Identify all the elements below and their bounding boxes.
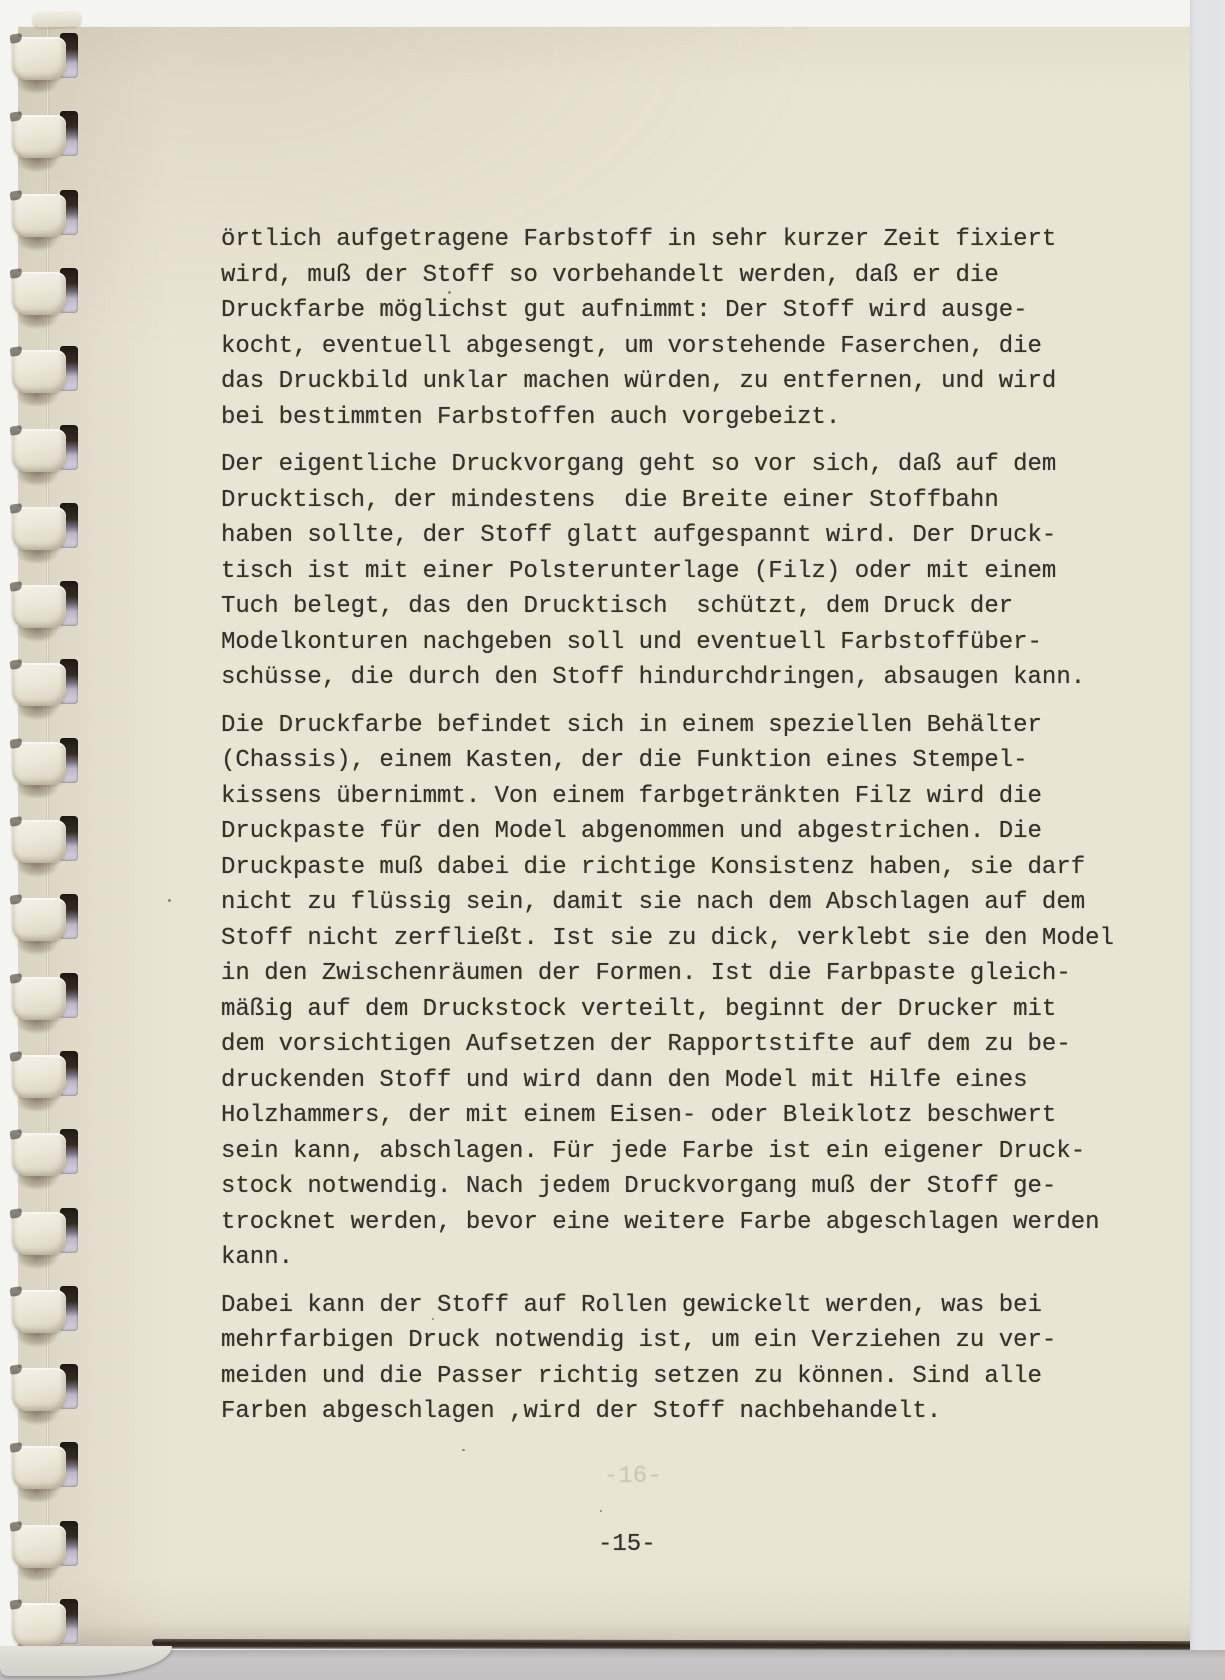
binding-ring — [8, 581, 84, 653]
paragraph: örtlich aufgetragene Farbstoff in sehr k… — [221, 222, 1114, 435]
binding-tooth — [12, 429, 66, 472]
paragraph: Dabei kann der Stoff auf Rollen gewickel… — [221, 1288, 1114, 1430]
binding-ring — [8, 973, 84, 1045]
dust-speck — [600, 1510, 602, 1512]
binding-tooth — [12, 585, 66, 628]
scan-background-right — [1190, 0, 1225, 1680]
dust-speck — [448, 291, 451, 294]
binding-ring — [8, 659, 84, 731]
dust-speck — [432, 1318, 434, 1320]
binding-tooth — [12, 115, 66, 158]
paragraph: Die Druckfarbe befindet sich in einem sp… — [221, 708, 1114, 1276]
comb-binding — [0, 0, 100, 1680]
binding-tooth — [12, 350, 66, 393]
page-number: -15- — [598, 1527, 656, 1563]
binding-ring — [8, 111, 84, 183]
binding-ring — [8, 33, 84, 105]
binding-tooth — [12, 1446, 66, 1489]
binding-tooth — [12, 1368, 66, 1411]
binding-ring — [8, 894, 84, 966]
page-text: örtlich aufgetragene Farbstoff in sehr k… — [221, 222, 1114, 1442]
binding-ring — [8, 346, 84, 418]
binding-tooth — [12, 663, 66, 706]
binding-ring — [8, 1208, 84, 1280]
paragraph: Der eigentliche Druckvorgang geht so vor… — [221, 447, 1114, 696]
binding-ring — [8, 1051, 84, 1123]
ghost-page-number: -16- — [604, 1459, 662, 1495]
scanned-document-page: örtlich aufgetragene Farbstoff in sehr k… — [0, 0, 1225, 1680]
binding-ring — [8, 425, 84, 497]
binding-tooth — [12, 1212, 66, 1255]
binding-tooth — [12, 507, 66, 550]
binding-tooth — [12, 1290, 66, 1333]
binding-ring — [8, 268, 84, 340]
binding-ring — [8, 190, 84, 262]
binding-tooth — [12, 898, 66, 941]
binding-tooth — [12, 272, 66, 315]
binding-tooth — [12, 742, 66, 785]
binding-ring — [8, 816, 84, 888]
binding-ring — [8, 1286, 84, 1358]
binding-ring — [8, 1521, 84, 1593]
dust-speck — [168, 899, 171, 902]
binding-tooth — [12, 1525, 66, 1568]
binding-ring — [8, 1129, 84, 1201]
binding-tooth — [12, 1603, 66, 1646]
binding-tooth — [12, 194, 66, 237]
binding-tooth — [12, 977, 66, 1020]
dust-speck — [462, 1449, 465, 1451]
binding-ring — [8, 738, 84, 810]
binding-ring — [8, 1364, 84, 1436]
binding-tooth — [12, 1133, 66, 1176]
binding-tooth — [12, 1055, 66, 1098]
scan-background-bottom — [0, 1650, 1225, 1680]
binding-ring — [8, 1442, 84, 1514]
binding-ring — [8, 503, 84, 575]
binding-tooth — [12, 820, 66, 863]
binding-tooth — [12, 37, 66, 80]
